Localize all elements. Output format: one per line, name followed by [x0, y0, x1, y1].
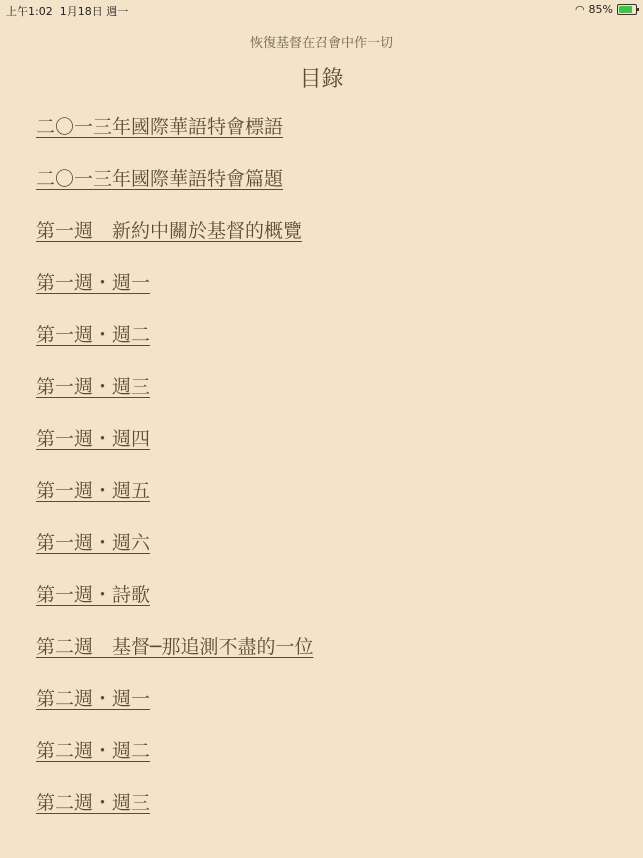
status-time-date: 上午1:02 1月18日 週一 [6, 3, 128, 19]
toc-item[interactable]: 第一週・週六 [36, 528, 313, 580]
toc-list: 二〇一三年國際華語特會標語 二〇一三年國際華語特會篇題 第一週 新約中關於基督的… [36, 112, 313, 840]
toc-item[interactable]: 第二週 基督─那追測不盡的一位 [36, 632, 313, 684]
battery-percent: 85% [589, 3, 613, 16]
date: 1月18日 週一 [60, 5, 129, 18]
toc-item[interactable]: 第一週・週五 [36, 476, 313, 528]
wifi-icon: ◠ [575, 3, 585, 16]
status-right: ◠ 85% [575, 3, 637, 16]
time: 上午1:02 [6, 5, 53, 18]
toc-item[interactable]: 第二週・週三 [36, 788, 313, 840]
book-subtitle: 恢復基督在召會中作一切 [0, 32, 643, 51]
toc-item[interactable]: 第一週・週三 [36, 372, 313, 424]
battery-icon [617, 4, 637, 15]
toc-item[interactable]: 二〇一三年國際華語特會篇題 [36, 164, 313, 216]
toc-item[interactable]: 第一週・詩歌 [36, 580, 313, 632]
toc-item[interactable]: 第二週・週一 [36, 684, 313, 736]
toc-item[interactable]: 第一週 新約中關於基督的概覽 [36, 216, 313, 268]
status-bar: 上午1:02 1月18日 週一 ◠ 85% [0, 0, 643, 18]
toc-item[interactable]: 第二週・週二 [36, 736, 313, 788]
page-title: 目錄 [0, 62, 643, 93]
toc-item[interactable]: 第一週・週四 [36, 424, 313, 476]
toc-item[interactable]: 第一週・週一 [36, 268, 313, 320]
toc-item[interactable]: 二〇一三年國際華語特會標語 [36, 112, 313, 164]
toc-item[interactable]: 第一週・週二 [36, 320, 313, 372]
